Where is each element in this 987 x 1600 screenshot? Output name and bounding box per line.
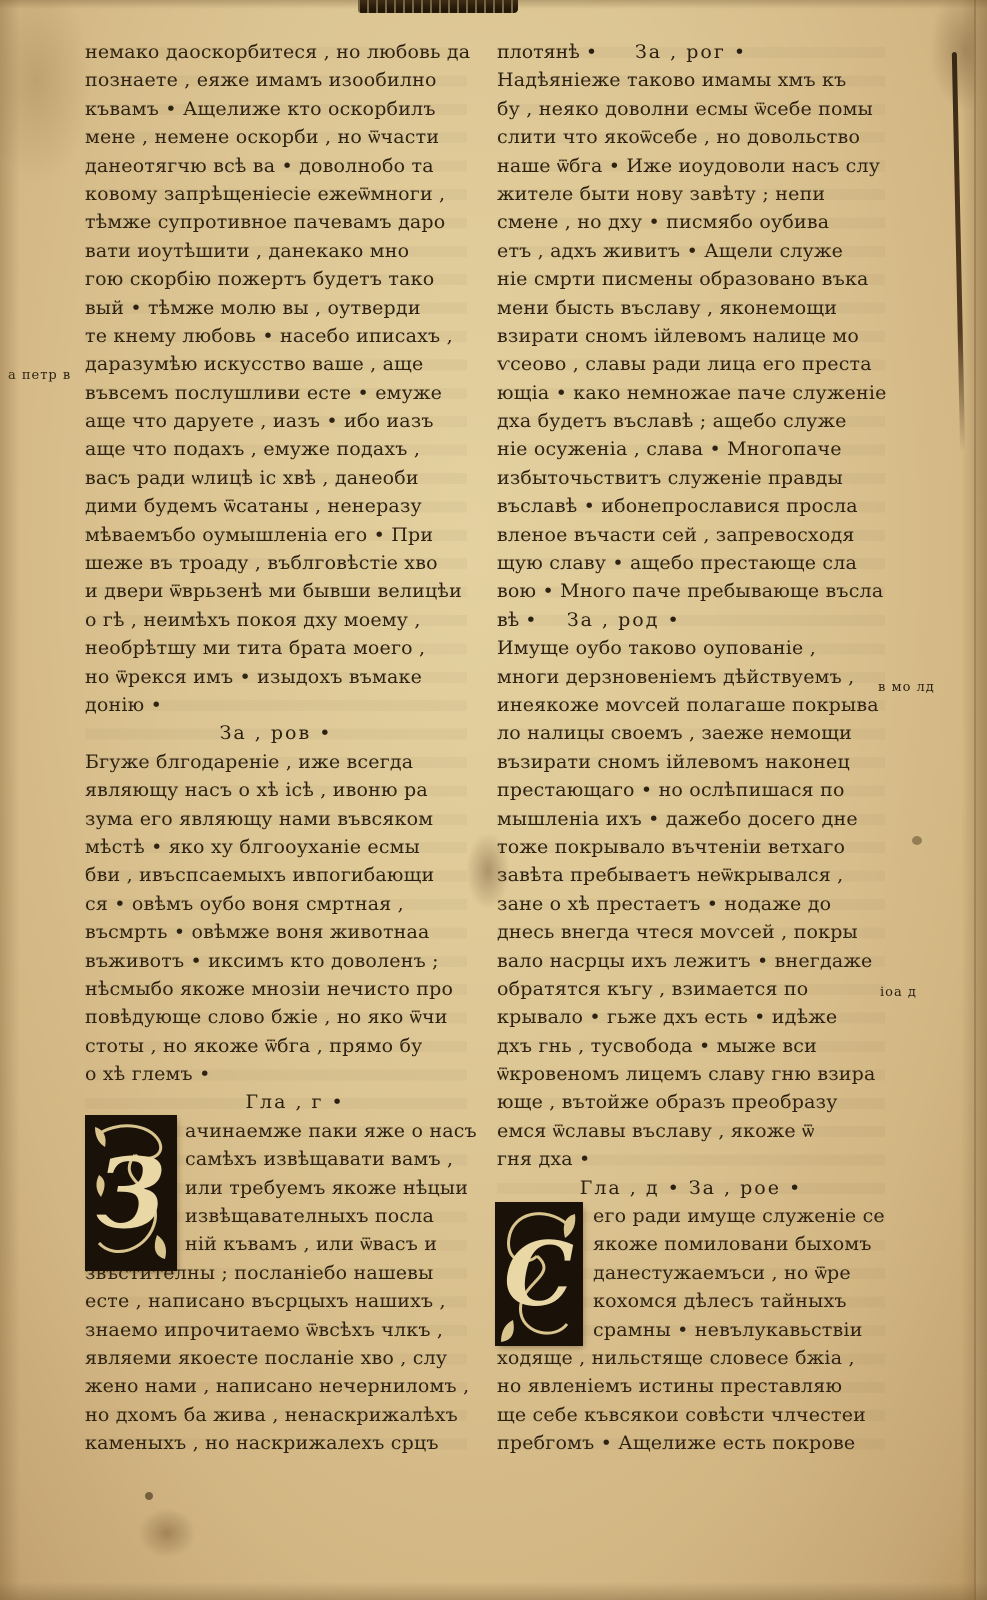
- text-line: тоже покрывало въчтеніи ветхаго: [497, 833, 885, 861]
- text-line: но явленіемъ истины преставляю: [497, 1372, 885, 1400]
- text-line: Бгуже блгодареніе , иже всегда: [85, 748, 467, 776]
- text-line: вало насрцы ихъ лежитъ • внегдаже: [497, 947, 885, 975]
- text-line: повѣдующе слово бжіе , но яко ѿчи: [85, 1003, 467, 1031]
- ink-dot: [145, 1492, 153, 1500]
- chapter-4-header-row: Гла , д • За , рое •: [497, 1174, 885, 1202]
- text-line: о гѣ , неимѣхъ покоя дху моему ,: [85, 606, 467, 634]
- text-line: етъ , адхъ живитъ • Ащели служе: [497, 237, 885, 265]
- text-line: немако даоскорбитеся , но любовь да: [85, 38, 467, 66]
- text-line: аще что подахъ , емуже подахъ ,: [85, 435, 467, 463]
- text-line: жителе быти нову завѣту ; непи: [497, 180, 885, 208]
- text-line: ющіа • како немножае паче служеніе: [497, 379, 885, 407]
- text-line: къвамъ • Ащелиже кто оскорбилъ: [85, 95, 467, 123]
- text-line: слити что якоѿсебе , но довольство: [497, 123, 885, 151]
- adjacent-page-edge-fragment: [358, 0, 518, 13]
- text-line: данеотягчю всѣ ва • доволнобо та: [85, 152, 467, 180]
- initial-letter-z: З: [87, 1117, 175, 1269]
- zachalo-174-header-row: вѣ • За , род •: [497, 606, 885, 634]
- page-edge-crack: [952, 52, 965, 452]
- text-line: вою • Много паче пребывающе въсла: [497, 577, 885, 605]
- text-line: зума его являющу нами въвсяком: [85, 805, 467, 833]
- chapter-4-header: Гла , д • За , рое •: [497, 1174, 885, 1202]
- text-line: мышленіа ихъ • дажебо досего дне: [497, 805, 885, 833]
- left-column-segment-1: немако даоскорбитеся , но любовь дапозна…: [85, 38, 467, 719]
- text-line: о хѣ глемъ •: [85, 1060, 467, 1088]
- text-line: въвсемъ послушливи есте • емуже: [85, 379, 467, 407]
- text-line: емся ѿславы въславу , якоже ѿ: [497, 1117, 885, 1145]
- text-line: знаемо ипрочитаемо ѿвсѣхъ члкъ ,: [85, 1316, 467, 1344]
- right-column-segment-2: Имуще оубо таково оупованіе ,многи дерзн…: [497, 634, 885, 1173]
- text-line: дхъ гнь , тусвобода • мыже вси: [497, 1032, 885, 1060]
- text-line: мени бысть въславу , яконемощи: [497, 294, 885, 322]
- text-line: нѣсмыбо якоже мнозіи нечисто про: [85, 975, 467, 1003]
- right-column-segment-3: ходяще , нильстяще словесе бжіа ,но явле…: [497, 1344, 885, 1458]
- zachalo-172-header-row: За , ров •: [85, 719, 467, 747]
- text-line: вый • тѣмже молю вы , оутверди: [85, 294, 467, 322]
- text-line: тѣмже супротивное пачевамъ даро: [85, 208, 467, 236]
- text-line: зане о хѣ престаетъ • нодаже до: [497, 890, 885, 918]
- zachalo-172-header: За , ров •: [85, 719, 467, 747]
- text-line: стоты , но якоже ѿбга , прямо бу: [85, 1032, 467, 1060]
- left-text-column: немако даоскорбитеся , но любовь дапозна…: [85, 38, 467, 1458]
- text-line: инеякоже моѵсей полагаше покрыва: [497, 691, 885, 719]
- text-line: въславѣ • ибонепрославися просла: [497, 492, 885, 520]
- text-line: мене , немене оскорби , но ѿчасти: [85, 123, 467, 151]
- text-line: те кнему любовь • насебо иписахъ ,: [85, 322, 467, 350]
- text-line: жено нами , написано нечерниломъ ,: [85, 1372, 467, 1400]
- initial-letter-s: С: [497, 1204, 581, 1344]
- text-line: каменыхъ , но наскрижалехъ срцъ: [85, 1429, 467, 1457]
- text-line: дими будемъ ѿсатаны , ненеразу: [85, 492, 467, 520]
- right-column-first-row: плотянѣ • За , рог •: [497, 38, 885, 66]
- text-line: вленое въчасти сей , запревосходя: [497, 521, 885, 549]
- text-line: ло налицы своемъ , заеже немощи: [497, 719, 885, 747]
- corner-stain: [0, 0, 92, 185]
- text-line: ходяще , нильстяще словесе бжіа ,: [497, 1344, 885, 1372]
- text-line: юще , вътойже образъ преобразу: [497, 1088, 885, 1116]
- text-line: бу , неяко доволни есмы ѿсебе помы: [497, 95, 885, 123]
- text-line: вати иоутѣшити , данекако мно: [85, 237, 467, 265]
- text-line: гня дха •: [497, 1145, 885, 1173]
- text-line: являющу насъ о хѣ ісѣ , ивоню ра: [85, 776, 467, 804]
- text-line: възирати сномъ ійлевомъ наконец: [497, 748, 885, 776]
- margin-note-john: іоа д: [880, 985, 917, 1000]
- text-line: ковому запрѣщеніесіе ежеѿмноги ,: [85, 180, 467, 208]
- text-line: ніе смрти писмены образовано въка: [497, 265, 885, 293]
- ornamental-initial-s: С: [497, 1204, 581, 1344]
- text-line: взирати сномъ ійлевомъ налице мо: [497, 322, 885, 350]
- text-line: донію •: [85, 691, 467, 719]
- text-line: смене , но дху • писмябо оубива: [497, 208, 885, 236]
- text-line: бви , ивъспсаемыхъ ивпогибающи: [85, 861, 467, 889]
- text-line: Надѣяніеже таково имамы хмъ къ: [497, 66, 885, 94]
- zachalo-174-header: За , род •: [567, 606, 681, 634]
- text-line: многи дерзновеніемъ дѣйствуемъ ,: [497, 663, 885, 691]
- ink-dot: [912, 836, 922, 845]
- text-line: но дхомъ ба жива , ненаскрижалѣхъ: [85, 1401, 467, 1429]
- text-line: аще что даруете , иазъ • ибо иазъ: [85, 407, 467, 435]
- ink-smudge: [138, 1508, 196, 1558]
- text-line: шеже въ троаду , въблговѣстіе хво: [85, 549, 467, 577]
- text-line: но ѿрекся имъ • изыдохъ въмаке: [85, 663, 467, 691]
- text-line: ще себе къвсякои совѣсти члчестеи: [497, 1401, 885, 1429]
- text-line: щую славу • ащебо престающе сла: [497, 549, 885, 577]
- text-line: престающаго • но ослѣпишася по: [497, 776, 885, 804]
- text-line: завѣта пребываетъ неѿкрывался ,: [497, 861, 885, 889]
- text-line: мѣстѣ • яко ху блгооуханіе есмы: [85, 833, 467, 861]
- continuation-word: вѣ •: [497, 606, 536, 634]
- text-line: ніе осуженіа , слава • Многопаче: [497, 435, 885, 463]
- text-line: Имуще оубо таково оупованіе ,: [497, 634, 885, 662]
- page-right-edge: [974, 0, 987, 1600]
- text-line: гою скорбію пожертъ будетъ тако: [85, 265, 467, 293]
- chapter-3-header: Гла , г •: [245, 1088, 344, 1116]
- text-line: есте , написано въсрцыхъ нашихъ ,: [85, 1287, 467, 1315]
- margin-note-1-peter: а петр в: [8, 368, 71, 383]
- right-text-column: плотянѣ • За , рог • Надѣяніеже таково и…: [497, 38, 885, 1458]
- left-column-segment-2: Бгуже блгодареніе , иже всегдаявляющу на…: [85, 748, 467, 1089]
- text-line: ѿкровеномъ лицемъ славу гню взира: [497, 1060, 885, 1088]
- text-line: даразумѣю искусство ваше , аще: [85, 350, 467, 378]
- text-line: необрѣтшу ми тита брата моего ,: [85, 634, 467, 662]
- text-line: въживотъ • иксимъ кто доволенъ ;: [85, 947, 467, 975]
- chapter-3-header-row: Гла , г •: [85, 1088, 467, 1116]
- text-line: являеми якоесте посланіе хво , слу: [85, 1344, 467, 1372]
- margin-note-exodus: в мо лд: [878, 680, 935, 695]
- ornamental-initial-z: З: [87, 1117, 175, 1269]
- text-line: наше ѿбга • Иже иоудоволи насъ слу: [497, 152, 885, 180]
- text-line: пребгомъ • Ащелиже есть покрове: [497, 1429, 885, 1457]
- zachalo-173-header: За , рог •: [497, 38, 885, 66]
- text-line: дха будетъ въславѣ ; ащебо служе: [497, 407, 885, 435]
- text-line: ся • овѣмъ оубо воня смртная ,: [85, 890, 467, 918]
- text-line: познаете , еяже имамъ изообилно: [85, 66, 467, 94]
- text-line: обратятся къгу , взимается по: [497, 975, 885, 1003]
- text-line: избыточьствитъ служеніе правды: [497, 464, 885, 492]
- left-column-segment-3: звѣстителны ; посланіебо нашевыесте , на…: [85, 1259, 467, 1458]
- text-line: ѵсеово , славы ради лица его преста: [497, 350, 885, 378]
- text-line: и двери ѿврьзенѣ ми бывши велицѣи: [85, 577, 467, 605]
- book-page: немако даоскорбитеся , но любовь дапозна…: [0, 0, 987, 1600]
- right-column-segment-1: Надѣяніеже таково имамы хмъ къбу , неяко…: [497, 66, 885, 605]
- text-line: крывало • гьже дхъ есть • идѣже: [497, 1003, 885, 1031]
- text-line: васъ ради ѡлицѣ іс хвѣ , данеоби: [85, 464, 467, 492]
- text-line: мѣваемъбо оумышленіа его • При: [85, 521, 467, 549]
- text-line: днесь внегда чтеся моѵсей , покры: [497, 918, 885, 946]
- text-line: въсмрть • овѣмже воня животнаа: [85, 918, 467, 946]
